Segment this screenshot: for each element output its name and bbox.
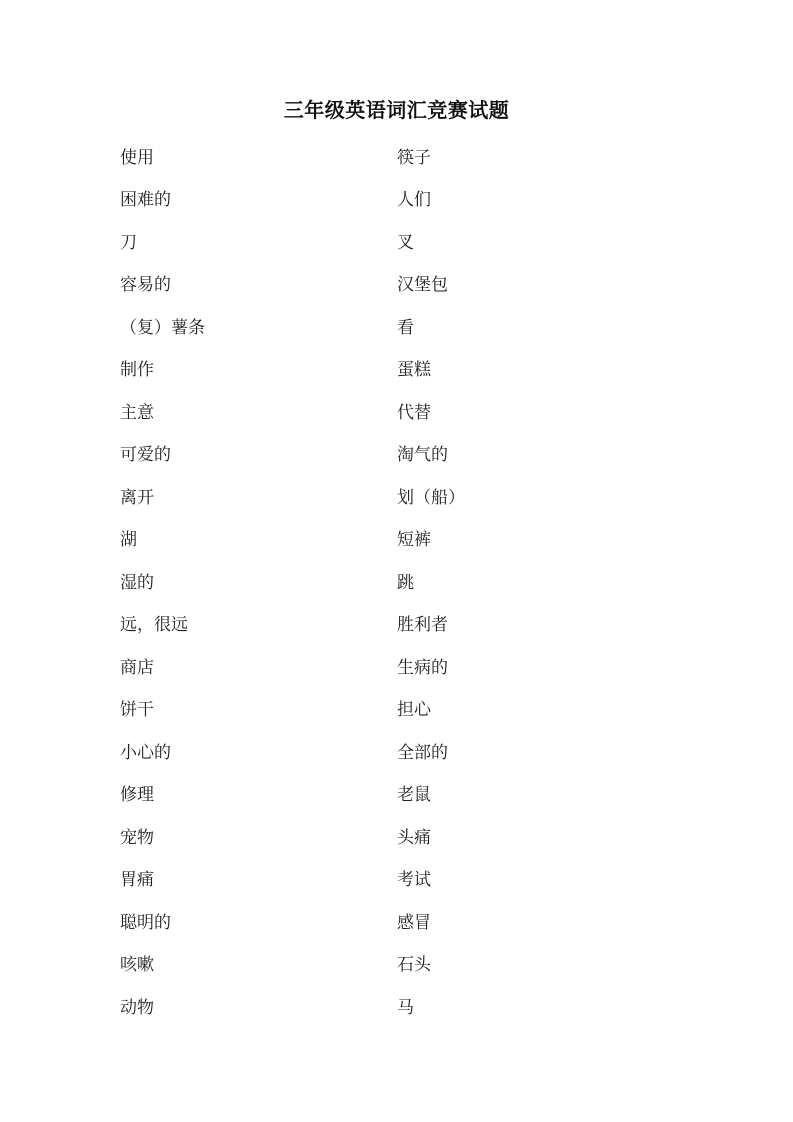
right-word: 头痛 [397,829,793,846]
word-pair-row: 修理 老鼠 [0,774,793,817]
left-word: 远，很远 [120,616,397,633]
right-word: 全部的 [397,744,793,761]
word-pair-row: （复）薯条 看 [0,306,793,349]
word-pair-row: 小心的 全部的 [0,731,793,774]
word-pair-row: 困难的 人们 [0,179,793,222]
right-word: 胜利者 [397,616,793,633]
word-pair-row: 刀 叉 [0,221,793,264]
document-page: 三年级英语词汇竞赛试题 使用 筷子 困难的 人们 刀 叉 容易的 汉堡包 （复）… [0,0,793,1122]
page-title: 三年级英语词汇竞赛试题 [0,0,793,122]
left-word: 离开 [120,489,397,506]
right-word: 生病的 [397,659,793,676]
right-word: 人们 [397,191,793,208]
right-word: 蛋糕 [397,361,793,378]
word-pair-row: 离开 划（船） [0,476,793,519]
word-pair-row: 宠物 头痛 [0,816,793,859]
left-word: 动物 [120,999,397,1016]
left-word: 咳嗽 [120,956,397,973]
right-word: 考试 [397,871,793,888]
word-pair-row: 远，很远 胜利者 [0,604,793,647]
right-word: 马 [397,999,793,1016]
right-word: 石头 [397,956,793,973]
left-word: （复）薯条 [120,319,397,336]
word-pair-row: 湖 短裤 [0,519,793,562]
left-word: 商店 [120,659,397,676]
word-pair-row: 制作 蛋糕 [0,349,793,392]
right-word: 代替 [397,404,793,421]
right-word: 汉堡包 [397,276,793,293]
left-word: 主意 [120,404,397,421]
right-word: 担心 [397,701,793,718]
left-word: 宠物 [120,829,397,846]
left-word: 修理 [120,786,397,803]
vocabulary-list: 使用 筷子 困难的 人们 刀 叉 容易的 汉堡包 （复）薯条 看 制作 蛋糕 主… [0,136,793,1029]
left-word: 饼干 [120,701,397,718]
left-word: 胃痛 [120,871,397,888]
left-word: 可爱的 [120,446,397,463]
word-pair-row: 饼干 担心 [0,689,793,732]
word-pair-row: 咳嗽 石头 [0,944,793,987]
word-pair-row: 湿的 跳 [0,561,793,604]
word-pair-row: 商店 生病的 [0,646,793,689]
word-pair-row: 聪明的 感冒 [0,901,793,944]
word-pair-row: 可爱的 淘气的 [0,434,793,477]
left-word: 刀 [120,234,397,251]
left-word: 容易的 [120,276,397,293]
word-pair-row: 胃痛 考试 [0,859,793,902]
right-word: 短裤 [397,531,793,548]
word-pair-row: 动物 马 [0,986,793,1029]
right-word: 叉 [397,234,793,251]
left-word: 困难的 [120,191,397,208]
right-word: 淘气的 [397,446,793,463]
word-pair-row: 使用 筷子 [0,136,793,179]
right-word: 看 [397,319,793,336]
word-pair-row: 主意 代替 [0,391,793,434]
left-word: 湖 [120,531,397,548]
left-word: 湿的 [120,574,397,591]
right-word: 老鼠 [397,786,793,803]
left-word: 使用 [120,149,397,166]
left-word: 制作 [120,361,397,378]
right-word: 筷子 [397,149,793,166]
right-word: 感冒 [397,914,793,931]
word-pair-row: 容易的 汉堡包 [0,264,793,307]
left-word: 小心的 [120,744,397,761]
right-word: 划（船） [397,489,793,506]
right-word: 跳 [397,574,793,591]
left-word: 聪明的 [120,914,397,931]
